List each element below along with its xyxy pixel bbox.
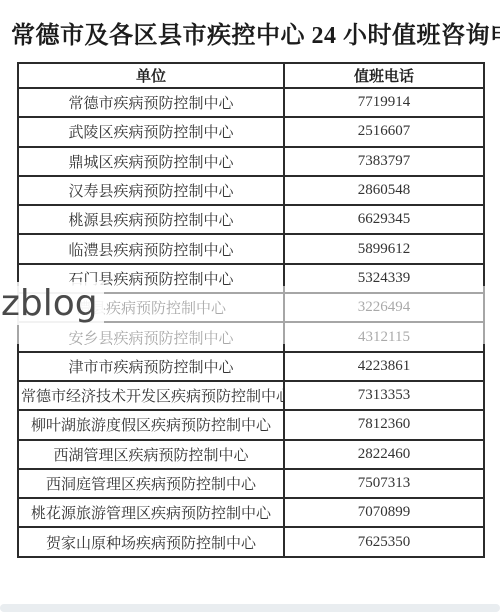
unit-cell: 武陵区疾病预防控制中心 [18,117,284,146]
phone-cell: 2822460 [284,440,484,469]
table-row: 桃源县疾病预防控制中心 6629345 [18,205,484,234]
unit-cell: 津市市疾病预防控制中心 [18,352,284,381]
table-row: 汉寿县疾病预防控制中心 2860548 [18,176,484,205]
table-header-row: 单位 值班电话 [18,63,484,88]
unit-cell: 桃花源旅游管理区疾病预防控制中心 [18,498,284,527]
phone-cell: 7383797 [284,147,484,176]
unit-cell: 贺家山原种场疾病预防控制中心 [18,527,284,556]
table-header-phone: 值班电话 [284,63,484,88]
phone-cell: 5324339 [284,264,484,293]
table-row: 鼎城区疾病预防控制中心 7383797 [18,147,484,176]
phone-cell: 4223861 [284,352,484,381]
phone-cell: 6629345 [284,205,484,234]
phone-cell: 7625350 [284,527,484,556]
table-row: 西湖管理区疾病预防控制中心 2822460 [18,440,484,469]
phone-cell: 7719914 [284,88,484,117]
unit-cell: 常德市经济技术开发区疾病预防控制中心 [18,381,284,410]
table-row: 常德市经济技术开发区疾病预防控制中心 7313353 [18,381,484,410]
table-row: 临澧县疾病预防控制中心 5899612 [18,234,484,263]
unit-cell: 安乡县疾病预防控制中心 [18,322,284,351]
table-row: 常德市疾病预防控制中心 7719914 [18,88,484,117]
unit-cell: 桃源县疾病预防控制中心 [18,205,284,234]
unit-cell: 柳叶湖旅游度假区疾病预防控制中心 [18,410,284,439]
phone-cell: 2860548 [284,176,484,205]
phone-cell: 7070899 [284,498,484,527]
page-title: 常德市及各区县市疾控中心 24 小时值班咨询电话 [11,15,493,50]
unit-cell: 鼎城区疾病预防控制中心 [18,147,284,176]
table-row: 武陵区疾病预防控制中心 2516607 [18,117,484,146]
unit-cell: 汉寿县疾病预防控制中心 [18,176,284,205]
phone-cell: 3226494 [284,293,484,322]
table-row: 津市市疾病预防控制中心 4223861 [18,352,484,381]
watermark-text: zblog [1,282,104,325]
unit-cell: 常德市疾病预防控制中心 [18,88,284,117]
table-row: 西洞庭管理区疾病预防控制中心 7507313 [18,469,484,498]
phone-cell: 4312115 [284,322,484,351]
unit-cell: 西湖管理区疾病预防控制中心 [18,440,284,469]
phone-cell: 7812360 [284,410,484,439]
table-row: 安乡县疾病预防控制中心 4312115 [18,322,484,351]
bottom-strip [0,604,500,612]
phone-cell: 7313353 [284,381,484,410]
table-row: 柳叶湖旅游度假区疾病预防控制中心 7812360 [18,410,484,439]
table-row: 贺家山原种场疾病预防控制中心 7625350 [18,527,484,556]
unit-cell: 临澧县疾病预防控制中心 [18,234,284,263]
unit-cell: 西洞庭管理区疾病预防控制中心 [18,469,284,498]
phone-cell: 7507313 [284,469,484,498]
table-header-unit: 单位 [18,63,284,88]
table-row: 桃花源旅游管理区疾病预防控制中心 7070899 [18,498,484,527]
phone-cell: 2516607 [284,117,484,146]
phone-cell: 5899612 [284,234,484,263]
